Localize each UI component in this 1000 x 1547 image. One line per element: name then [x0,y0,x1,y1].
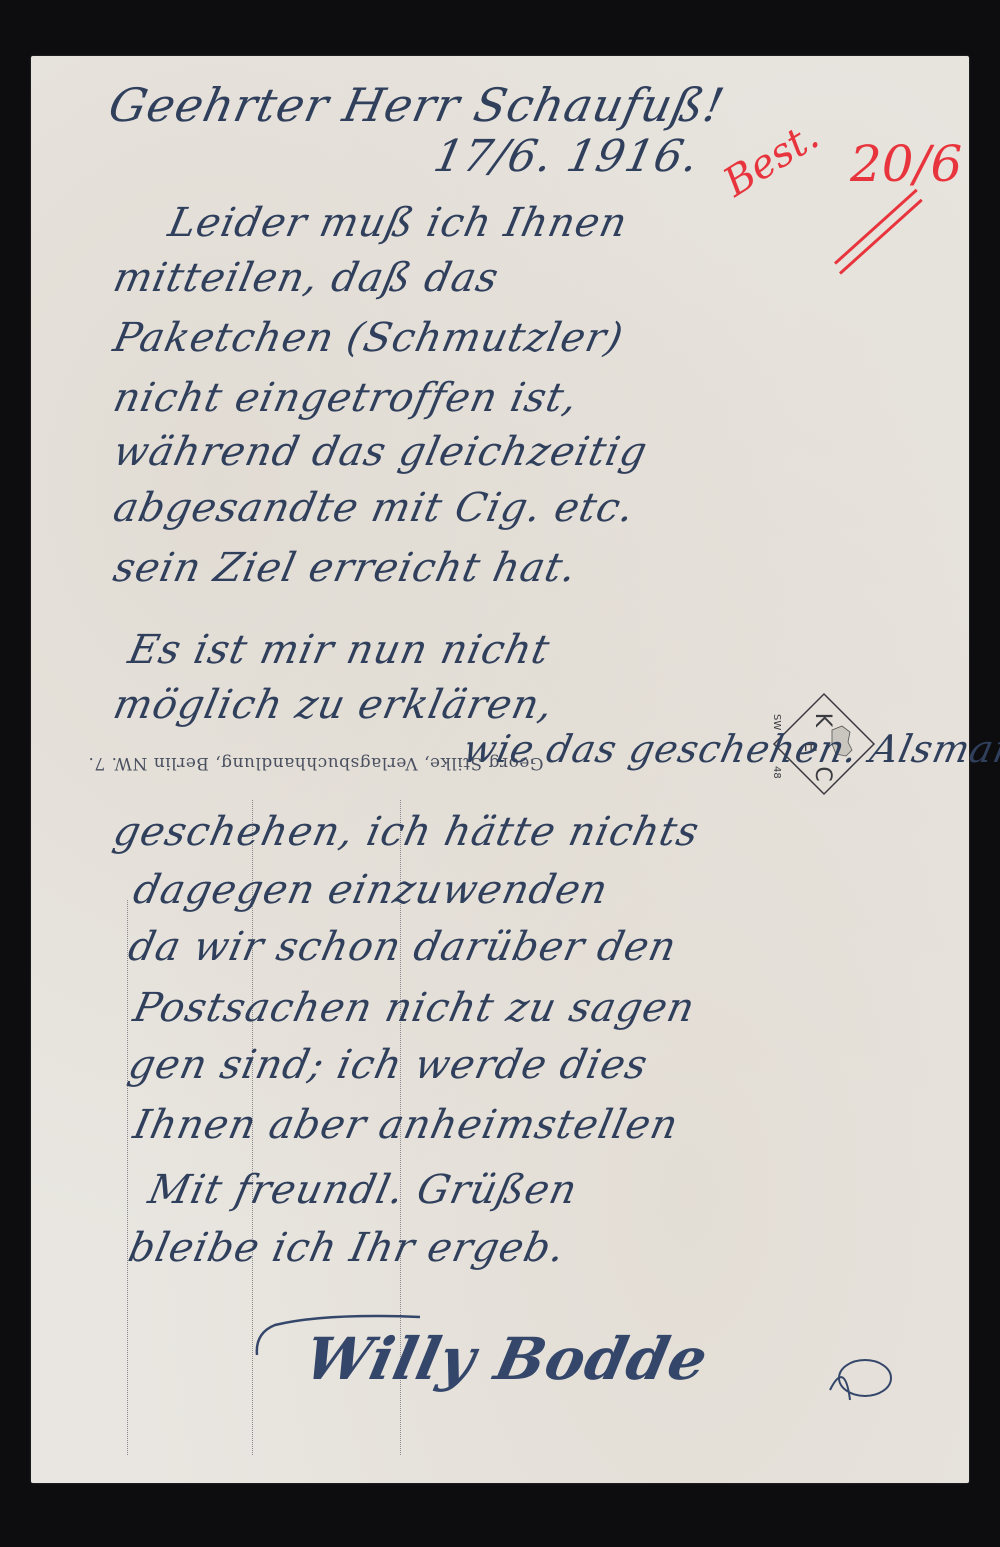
letter-line: nicht eingetroffen ist, [110,378,582,418]
letter-line: Es ist mir nun nicht [125,630,553,670]
salutation: Geehrter Herr Schaufuß! [105,82,729,128]
letter-line: mitteilen, daß das [110,258,502,298]
letter-line: während das gleichzeitig [110,432,651,472]
red-annotation-number: 20/6 [850,135,962,193]
address-divider-line [127,900,128,1455]
letter-line: Paketchen (Schmutzler) [110,318,627,358]
letter-line: dagegen einzuwenden [130,870,612,910]
letter-line: sein Ziel erreicht hat. [110,548,580,588]
letter-date: 17/6. 1916. [430,135,703,179]
signature-flourish-icon [820,1350,900,1410]
logo-letter-k: K [810,713,835,728]
signature-underline-flourish-icon [245,1305,425,1365]
letter-line: möglich zu erklären, [110,685,557,725]
letter-line: gen sind; ich werde dies [125,1045,651,1085]
letter-line: Ihnen aber anheimstellen [130,1105,682,1145]
letter-line: wie das geschehen. Alsmarter [460,730,1000,768]
letter-line: Mit freundl. Grüßen [145,1170,581,1210]
letter-line: Leider muß ich Ihnen [165,203,631,243]
letter-line: bleibe ich Ihr ergeb. [125,1228,569,1268]
letter-line: Postsachen nicht zu sagen [130,988,699,1028]
letter-line: abgesandte mit Cig. etc. [110,488,638,528]
letter-line: da wir schon darüber den [125,927,680,967]
letter-line: geschehen, ich hätte nichts [110,812,703,852]
